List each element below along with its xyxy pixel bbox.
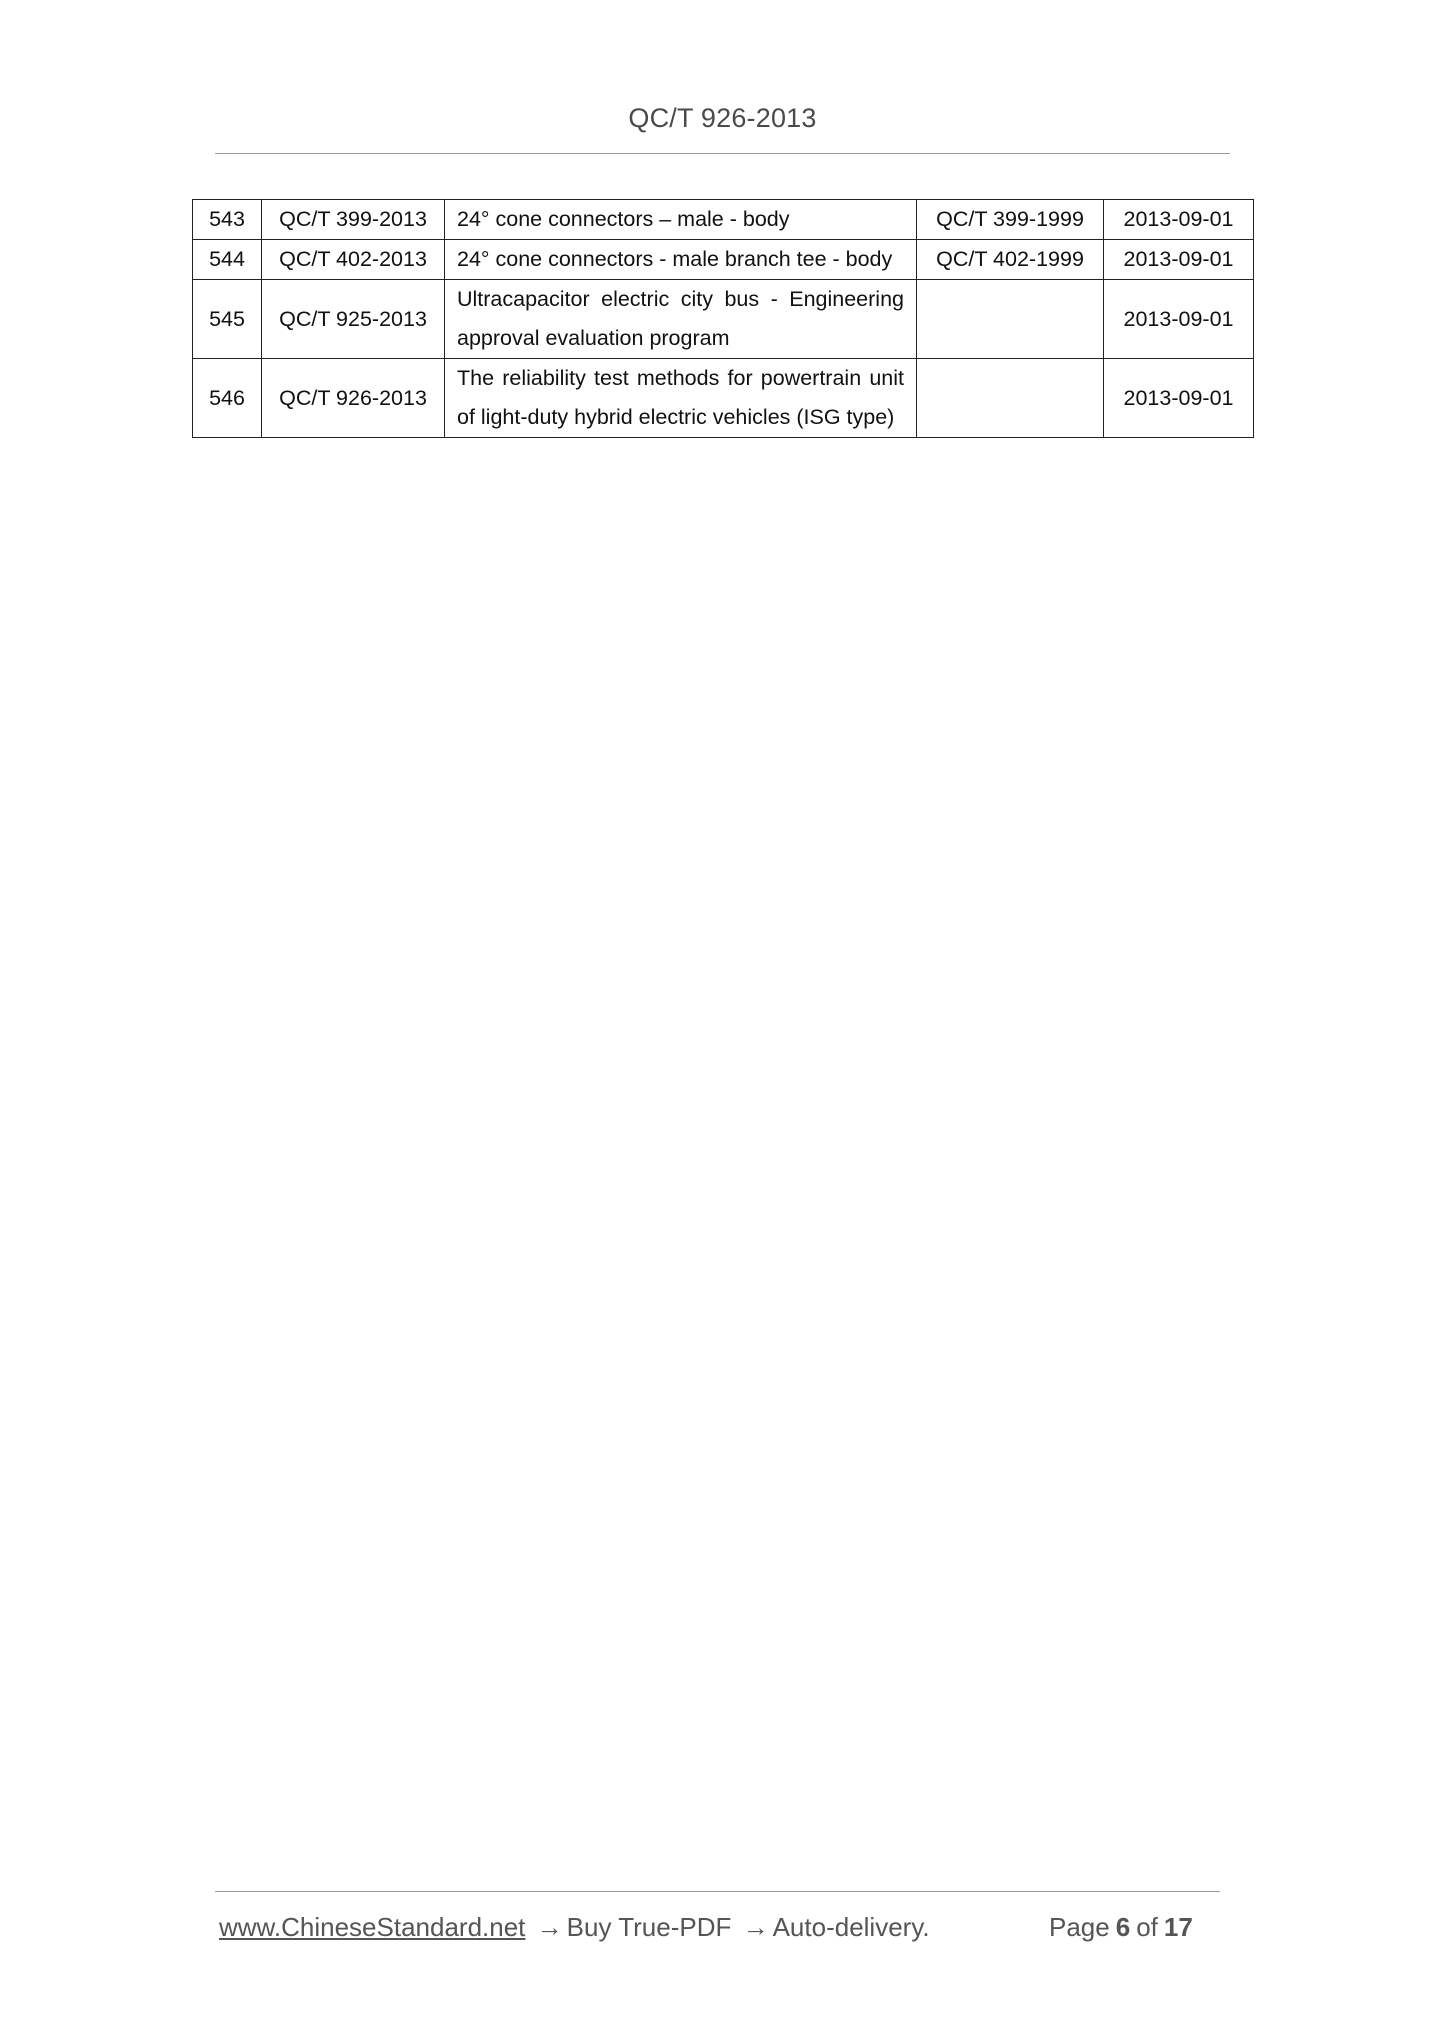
of-label: of <box>1136 1912 1158 1942</box>
footer-divider <box>215 1891 1220 1892</box>
page-footer: www.ChineseStandard.net →Buy True-PDF →A… <box>219 1912 1219 1943</box>
row-number: 546 <box>193 359 262 438</box>
replaced-standard <box>917 280 1104 359</box>
implementation-date: 2013-09-01 <box>1104 240 1254 280</box>
row-number: 544 <box>193 240 262 280</box>
table-row: 544 QC/T 402-2013 24° cone connectors - … <box>193 240 1254 280</box>
arrow-right-icon: → <box>537 1912 563 1943</box>
buy-text: Buy True-PDF <box>567 1912 732 1942</box>
replaced-standard <box>917 359 1104 438</box>
document-header-title: QC/T 926-2013 <box>0 103 1445 134</box>
website-link[interactable]: www.ChineseStandard.net <box>219 1912 525 1942</box>
page-label: Page <box>1049 1912 1110 1942</box>
table-row: 546 QC/T 926-2013 The reliability test m… <box>193 359 1254 438</box>
standard-title: 24° cone connectors - male branch tee - … <box>445 240 917 280</box>
implementation-date: 2013-09-01 <box>1104 359 1254 438</box>
table-row: 545 QC/T 925-2013 Ultracapacitor electri… <box>193 280 1254 359</box>
standard-code: QC/T 926-2013 <box>262 359 445 438</box>
page-indicator: Page6of17 <box>1049 1912 1199 1943</box>
row-number: 543 <box>193 200 262 240</box>
header-divider <box>215 153 1230 154</box>
standards-table: 543 QC/T 399-2013 24° cone connectors – … <box>192 199 1254 438</box>
page-current: 6 <box>1116 1912 1130 1942</box>
table-row: 543 QC/T 399-2013 24° cone connectors – … <box>193 200 1254 240</box>
standard-title: Ultracapacitor electric city bus - Engin… <box>445 280 917 359</box>
standard-code: QC/T 399-2013 <box>262 200 445 240</box>
arrow-right-icon: → <box>743 1912 769 1943</box>
standard-code: QC/T 925-2013 <box>262 280 445 359</box>
standard-code: QC/T 402-2013 <box>262 240 445 280</box>
page-total: 17 <box>1164 1912 1193 1942</box>
replaced-standard: QC/T 399-1999 <box>917 200 1104 240</box>
implementation-date: 2013-09-01 <box>1104 280 1254 359</box>
implementation-date: 2013-09-01 <box>1104 200 1254 240</box>
replaced-standard: QC/T 402-1999 <box>917 240 1104 280</box>
row-number: 545 <box>193 280 262 359</box>
delivery-text: Auto-delivery. <box>773 1912 930 1942</box>
standard-title: The reliability test methods for powertr… <box>445 359 917 438</box>
standard-title: 24° cone connectors – male - body <box>445 200 917 240</box>
